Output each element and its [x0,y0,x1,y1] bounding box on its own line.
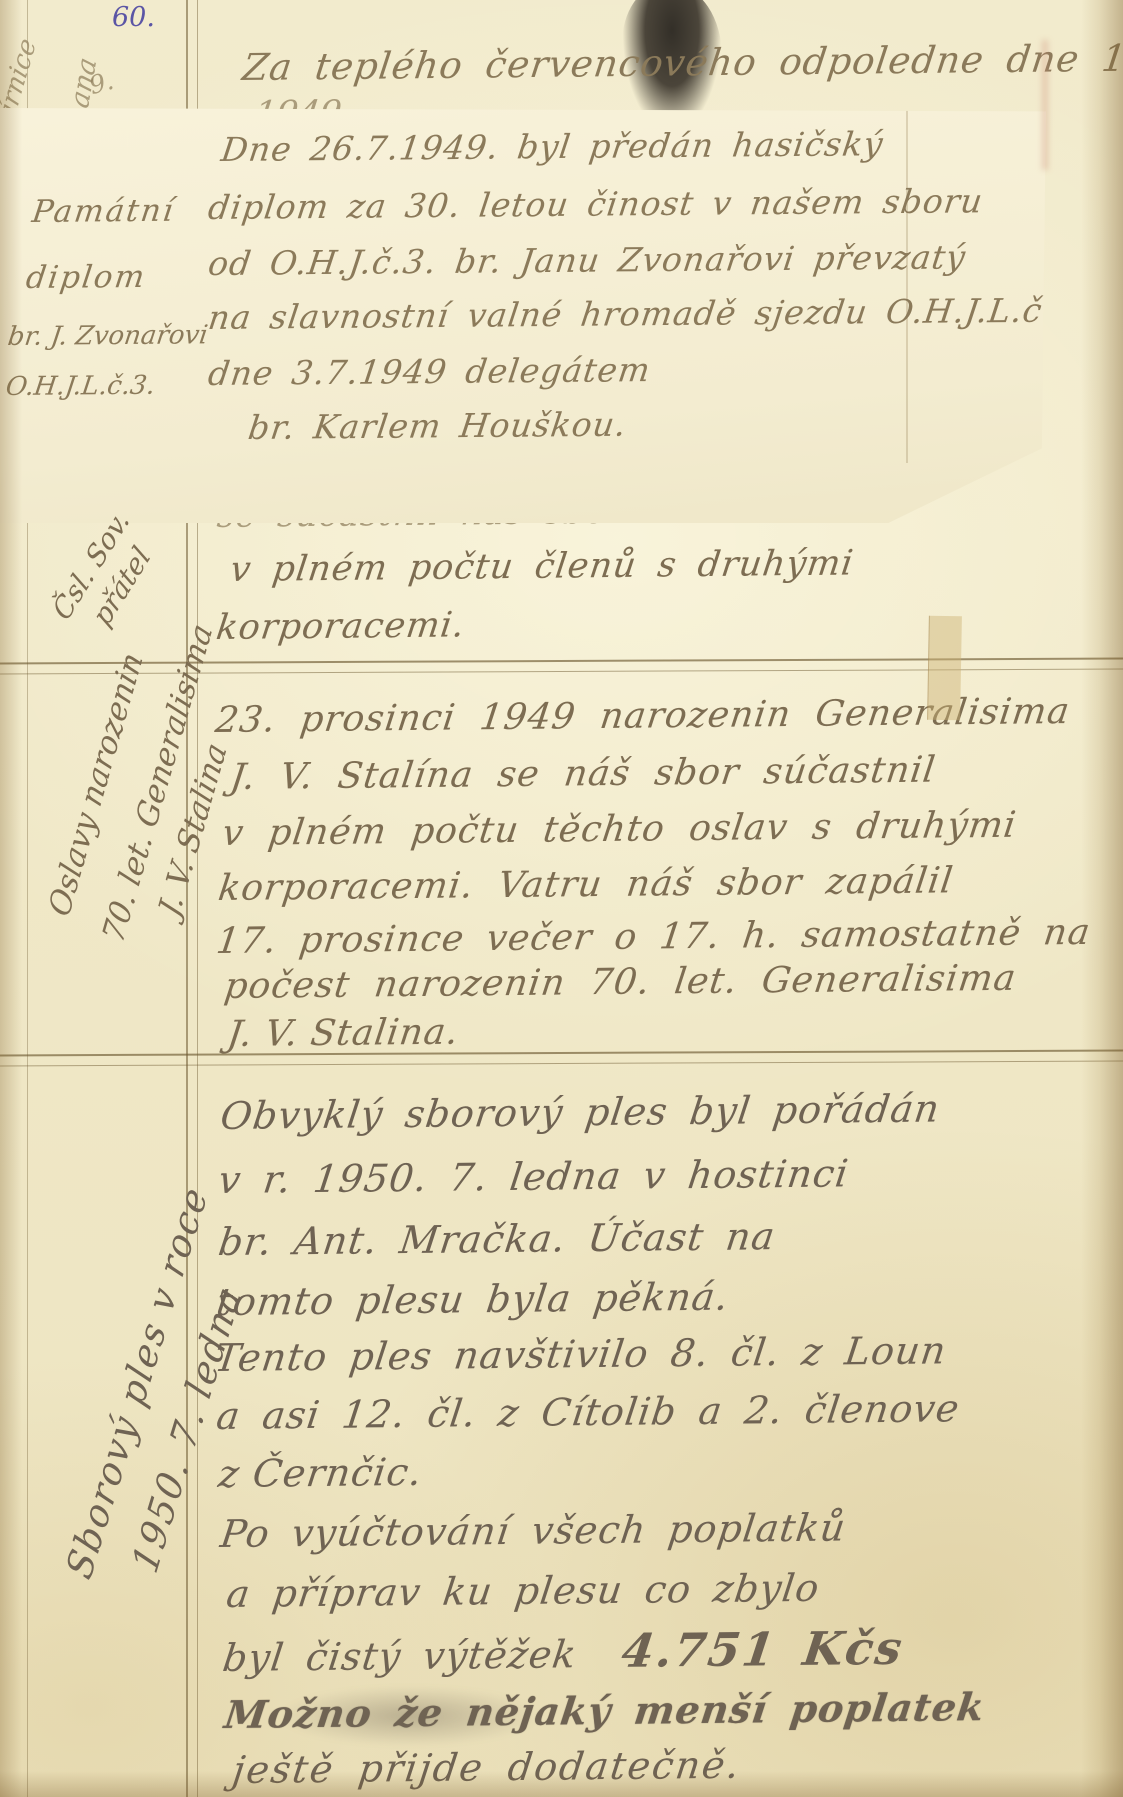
entry-line: Obvyklý sborový ples byl pořádán [218,1086,943,1138]
entry-line: ještě přijde dodatečně. [230,1743,744,1792]
profit-label: byl čistý výtěžek [220,1632,579,1680]
entry-line: korporacemi. Vatru náš sbor zapálil [216,860,956,909]
chronicle-page: žírnice mana 9. 60. Za teplého červencov… [0,0,1123,1797]
entry-line: 17. prosince večer o 17. h. samostatně n… [214,912,1093,962]
note-margin-label: br. J. Zvonařovi [6,320,210,352]
entry-line: z Černčic. [216,1450,425,1496]
entry-line: Možno že nějaký menší poplatek [222,1684,988,1737]
entry-line: Po vyúčtování všech poplatků [218,1505,849,1556]
entry-line: v plném počtu těchto oslav s druhými [220,805,1019,854]
section-separator [0,1050,1123,1067]
entry-line: br. Ant. Mračka. Účast na [216,1214,778,1264]
page-edge-right [1081,0,1123,1797]
note-line: na slavnostní valné hromadě sjezdu O.H.J… [206,290,1090,337]
note-line: Dne 26.7.1949. byl předán hasičský [219,124,886,169]
entry-line: korporacemi. [214,605,467,648]
note-crease [906,108,908,463]
entry-line: v plném počtu členů s druhými [228,543,856,590]
note-line: dne 3.7.1949 delegátem [206,350,653,393]
profit-amount: 4.751 Kčs [619,1621,907,1678]
entry-line: a asi 12. čl. z Cítolib a 2. členove [214,1386,962,1438]
entry-line: J. V. Stalína se náš sbor súčastnil [228,750,938,798]
note-line: diplom za 30. letou činost v našem sboru [206,181,986,227]
note-margin-label: Památní [30,193,177,230]
entry-line: byl čistý výtěžek4.751 Kčs [220,1621,907,1682]
note-line: br. Karlem Houškou. [246,405,629,447]
entry-line: Tento ples navštivilo 8. čl. z Loun [212,1328,949,1380]
page-number: 60. [112,2,155,33]
entry-line: a příprav ku plesu co zbylo [224,1566,822,1616]
note-margin-label: diplom [24,259,148,296]
paper-crease [1042,40,1048,170]
entry-line: v r. 1950. 7. ledna v hostinci [216,1151,851,1202]
entry-line: počest narozenin 70. let. Generalisima [222,958,1019,1007]
entry-line: tomto plesu byla pěkná. [214,1275,732,1324]
paper-patch [927,616,962,721]
pasted-note: Památní diplom br. J. Zvonařovi O.H.J.L.… [0,108,1046,523]
note-margin-label: O.H.J.L.č.3. [4,371,157,402]
note-line: od O.H.J.č.3. br. Janu Zvonařovi převzat… [206,237,968,283]
entry-line: Za teplého červencového odpoledne dne 13… [240,36,1123,89]
entry-line: J. V. Stalina. [225,1012,461,1055]
